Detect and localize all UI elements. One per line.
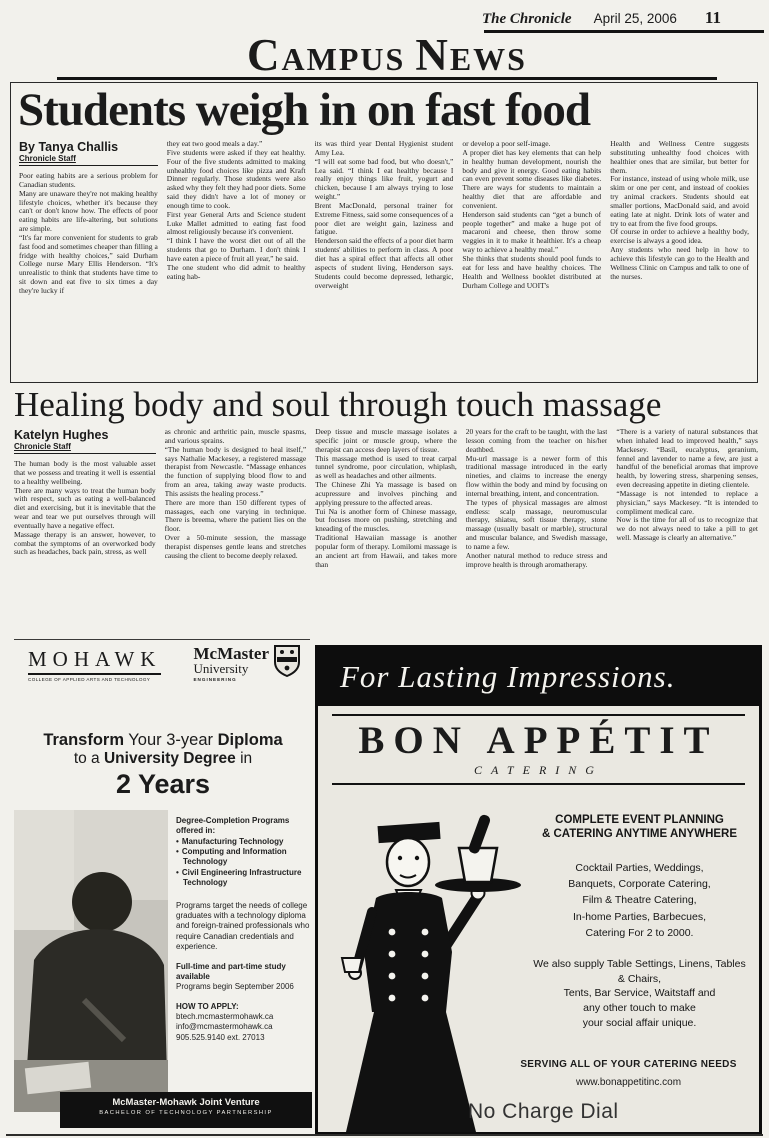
- article2-byline: Katelyn Hughes: [14, 428, 156, 442]
- banner-word1-initial: C: [247, 30, 282, 80]
- page-bottom-rule: [6, 1134, 763, 1136]
- th-diploma: Diploma: [218, 731, 283, 749]
- joint-venture-line1: McMaster-Mohawk Joint Venture: [60, 1097, 312, 1108]
- article1-col-5: Health and Wellness Centre suggests subs…: [610, 140, 749, 369]
- mcmaster-wordmark: McMaster: [193, 645, 269, 662]
- no-charge-dial-text: No Charge Dial: [468, 1100, 619, 1124]
- bon-appetit-text: COMPLETE EVENT PLANNING & CATERING ANYTI…: [530, 813, 749, 1031]
- program-item-1: Manufacturing Technology: [176, 837, 310, 847]
- article2-col4-text: 20 years for the craft to be taught, wit…: [466, 428, 608, 570]
- impressions-tagline: For Lasting Impressions.: [318, 659, 675, 695]
- mohawk-logo: MOHAWK COLLEGE OF APPLIED ARTS AND TECHN…: [28, 647, 161, 717]
- banner-word2-rest: EWS: [450, 41, 527, 77]
- page-number: 11: [705, 8, 721, 28]
- mohawk-wordmark: MOHAWK: [28, 647, 161, 675]
- article2-byline-block: Katelyn Hughes Chronicle Staff: [14, 428, 156, 454]
- newspaper-page: The Chronicle April 25, 2006 11 CAMPUSNE…: [0, 0, 769, 1138]
- fulltime-text: Full-time and part-time study available: [176, 962, 310, 983]
- bon-appetit-title-frame: BON APPÉTIT CATERING: [332, 714, 745, 785]
- transform-headline: Transform Your 3-year Diploma to a Unive…: [14, 731, 312, 800]
- program-item-2: Computing and Information Technology: [176, 847, 310, 868]
- banner-word1-rest: AMPUS: [282, 41, 406, 77]
- section-banner: CAMPUSNEWS: [57, 33, 717, 80]
- th-transform: Transform: [43, 731, 124, 749]
- mohawk-mcmaster-ad: MOHAWK COLLEGE OF APPLIED ARTS AND TECHN…: [14, 645, 312, 1128]
- th-university-degree: University Degree: [104, 750, 236, 767]
- article2-col-2: as chronic and arthritic pain, muscle sp…: [165, 428, 307, 634]
- apply-phone: 905.525.9140 ext. 27013: [176, 1033, 310, 1043]
- mohawk-college-subtitle: COLLEGE OF APPLIED ARTS AND TECHNOLOGY: [28, 677, 161, 682]
- article2-col1-text: The human body is the most valuable asse…: [14, 460, 156, 557]
- article1-headline: Students weigh in on fast food: [18, 84, 753, 136]
- article2-col-3: Deep tissue and muscle massage isolates …: [315, 428, 457, 634]
- article2-col3-text: Deep tissue and muscle massage isolates …: [315, 428, 457, 570]
- article2-col-5: “There is a variety of natural substance…: [616, 428, 758, 634]
- th-2-years: 2 Years: [14, 769, 312, 800]
- article2-col5-text: “There is a variety of natural substance…: [616, 428, 758, 543]
- mcmaster-logo: McMaster University ENGINEERING: [193, 645, 300, 717]
- complete-planning-text: COMPLETE EVENT PLANNING & CATERING ANYTI…: [530, 813, 749, 842]
- article1-col-4: or develop a poor self-image. A proper d…: [462, 140, 601, 369]
- banner-word2-initial: N: [415, 30, 450, 80]
- joint-venture-line2: BACHELOR OF TECHNOLOGY PARTNERSHIP: [60, 1110, 312, 1116]
- article1-col1-text: Poor eating habits are a serious problem…: [19, 172, 158, 296]
- article1-col-1: By Tanya Challis Chronicle Staff Poor ea…: [19, 140, 158, 369]
- mohawk-ad-text: Degree-Completion Programs offered in: M…: [168, 810, 312, 1112]
- article1-col4-text: or develop a poor self-image. A proper d…: [462, 140, 601, 290]
- th-to-a: to a: [74, 750, 100, 767]
- paper-name: The Chronicle: [482, 11, 572, 28]
- issue-date: April 25, 2006: [594, 11, 677, 26]
- article-fast-food: Students weigh in on fast food By Tanya …: [10, 82, 758, 383]
- article1-col5-text: Health and Wellness Centre suggests subs…: [610, 140, 749, 282]
- article2-byline-role: Chronicle Staff: [14, 442, 156, 451]
- article1-col3-text: its was third year Dental Hygienist stud…: [315, 140, 454, 290]
- article2-col-1: Katelyn Hughes Chronicle Staff The human…: [14, 428, 156, 634]
- article1-byline: By Tanya Challis: [19, 140, 158, 154]
- how-to-apply-label: HOW TO APPLY:: [176, 1002, 310, 1012]
- begin-text: Programs begin September 2006: [176, 982, 310, 992]
- th-in: in: [240, 750, 252, 767]
- article1-byline-block: By Tanya Challis Chronicle Staff: [19, 140, 158, 166]
- th-your-3year: Your 3-year: [128, 731, 213, 749]
- supply-text: We also supply Table Settings, Linens, T…: [530, 957, 749, 1030]
- mohawk-ad-content: Degree-Completion Programs offered in: M…: [14, 810, 312, 1112]
- article1-columns: By Tanya Challis Chronicle Staff Poor ea…: [11, 140, 757, 369]
- serving-needs-text: SERVING ALL OF YOUR CATERING NEEDS: [508, 1059, 749, 1070]
- services-list: Cocktail Parties, Weddings, Banquets, Co…: [530, 860, 749, 941]
- article1-col-2: they eat two good meals a day.” Five stu…: [167, 140, 306, 369]
- student-photo: [14, 810, 168, 1112]
- article-massage: Healing body and soul through touch mass…: [12, 386, 760, 640]
- article2-col-4: 20 years for the craft to be taught, wit…: [466, 428, 608, 634]
- website-url: www.bonappetitinc.com: [508, 1077, 749, 1088]
- masthead: The Chronicle April 25, 2006 11: [482, 8, 762, 28]
- ads-divider-rule: [14, 639, 310, 640]
- apply-email: info@mcmastermohawk.ca: [176, 1022, 310, 1032]
- article2-headline: Healing body and soul through touch mass…: [14, 386, 760, 424]
- bon-appetit-ad: For Lasting Impressions. BON APPÉTIT CAT…: [315, 645, 762, 1135]
- mcmaster-dept: ENGINEERING: [193, 677, 269, 682]
- bon-appetit-wordmark: BON APPÉTIT: [332, 720, 745, 762]
- ad-logos: MOHAWK COLLEGE OF APPLIED ARTS AND TECHN…: [14, 645, 312, 717]
- catering-word: CATERING: [332, 763, 745, 778]
- mcmaster-crest-icon: [274, 645, 300, 717]
- article2-columns: Katelyn Hughes Chronicle Staff The human…: [12, 428, 760, 634]
- waiter-illustration: [328, 800, 528, 1132]
- programs-intro: Degree-Completion Programs offered in:: [176, 816, 310, 837]
- article1-col-3: its was third year Dental Hygienist stud…: [315, 140, 454, 369]
- apply-website: btech.mcmastermohawk.ca: [176, 1012, 310, 1022]
- program-item-3: Civil Engineering Infrastructure Technol…: [176, 868, 310, 889]
- impressions-band: For Lasting Impressions.: [318, 648, 759, 706]
- article2-col2-text: as chronic and arthritic pain, muscle sp…: [165, 428, 307, 561]
- joint-venture-bar: McMaster-Mohawk Joint Venture BACHELOR O…: [60, 1092, 312, 1128]
- mcmaster-university-word: University: [193, 662, 269, 675]
- article1-col2-text: they eat two good meals a day.” Five stu…: [167, 140, 306, 282]
- article1-byline-role: Chronicle Staff: [19, 154, 158, 163]
- target-text: Programs target the needs of college gra…: [176, 901, 310, 953]
